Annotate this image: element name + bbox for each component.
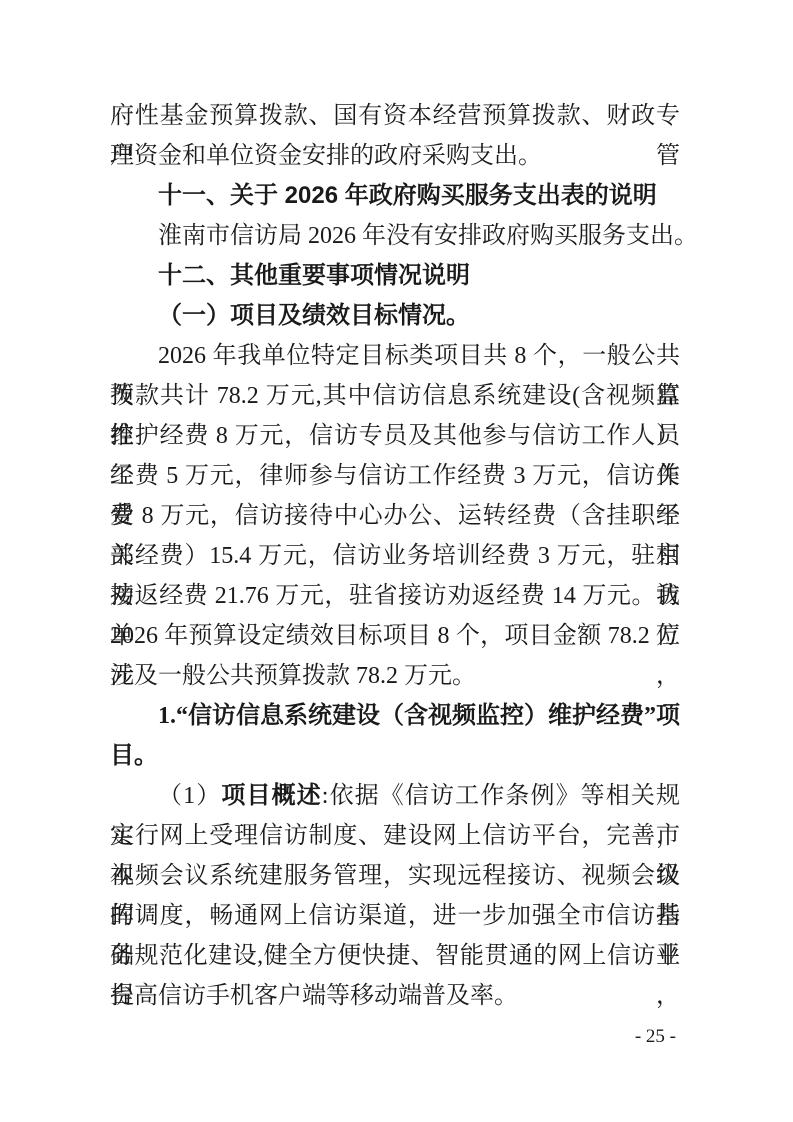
heading: 十二、其他重要事项情况说明 <box>110 256 680 296</box>
paragraph: （1）项目概述:依据《信访工作条例》等相关规定，实行网上受理信访制度、建设网上信… <box>110 776 680 1016</box>
text-line: 2026 年预算设定绩效目标项目 8 个，项目金额 78.2 万元， <box>110 616 680 656</box>
text-line: 目。 <box>110 736 680 776</box>
page-number: - 25 - <box>635 1026 676 1048</box>
text: （1） <box>158 783 221 809</box>
text-line: 实行网上受理信访制度、建设网上信访平台，完善市本级 <box>110 816 680 856</box>
text-line: 拨款共计 78.2 万元,其中信访信息系统建设(含视频监控） <box>110 376 680 416</box>
text-line: 挥调度，畅通网上信访渠道，进一步加强全市信访基础业 <box>110 896 680 936</box>
text-line: 府性基金预算拨款、国有资本经营预算拨款、财政专户管 <box>110 96 680 136</box>
paragraph: 府性基金预算拨款、国有资本经营预算拨款、财政专户管理资金和单位资金安排的政府采购… <box>110 96 680 176</box>
heading: 1.“信访信息系统建设（含视频监控）维护经费”项目。 <box>110 696 680 776</box>
text-line: 维护经费 8 万元，信访专员及其他参与信访工作人员工作 <box>110 416 680 456</box>
paragraph: 2026 年我单位特定目标类项目共 8 个，一般公共预算拨款共计 78.2 万元… <box>110 336 680 696</box>
heading: 十一、关于 2026 年政府购买服务支出表的说明 <box>110 176 680 216</box>
text-line: 十二、其他重要事项情况说明 <box>110 256 680 296</box>
text-line: （1）项目概述:依据《信访工作条例》等相关规定， <box>110 776 680 816</box>
heading: （一）项目及绩效目标情况。 <box>110 296 680 336</box>
text-line: 视频会议系统建服务管理，实现远程接访、视频会议的指 <box>110 856 680 896</box>
document-page: 府性基金预算拨款、国有资本经营预算拨款、财政专户管理资金和单位资金安排的政府采购… <box>0 0 793 1122</box>
text-line: 2026 年我单位特定目标类项目共 8 个，一般公共预算 <box>110 336 680 376</box>
paragraph: 淮南市信访局 2026 年没有安排政府购买服务支出。 <box>110 216 680 256</box>
text-line: （一）项目及绩效目标情况。 <box>110 296 680 336</box>
text-line: 劝返经费 21.76 万元，驻省接访劝返经费 14 万元。我单位 <box>110 576 680 616</box>
text-line: 1.“信访信息系统建设（含视频监控）维护经费”项 <box>110 696 680 736</box>
document-content: 府性基金预算拨款、国有资本经营预算拨款、财政专户管理资金和单位资金安排的政府采购… <box>110 96 680 1016</box>
text-line: 关经费）15.4 万元，信访业务培训经费 3 万元，驻京接访 <box>110 536 680 576</box>
text-line: 费 8 万元，信访接待中心办公、运转经费（含挂职干部相 <box>110 496 680 536</box>
text-line: 淮南市信访局 2026 年没有安排政府购买服务支出。 <box>110 216 680 256</box>
bold-text: 项目概述 <box>221 783 321 809</box>
text-line: 十一、关于 2026 年政府购买服务支出表的说明 <box>110 176 680 216</box>
text-line: 务规范化建设,健全方便快捷、智能贯通的网上信访平台， <box>110 936 680 976</box>
text-line: 经费 5 万元，律师参与信访工作经费 3 万元，信访关爱经 <box>110 456 680 496</box>
